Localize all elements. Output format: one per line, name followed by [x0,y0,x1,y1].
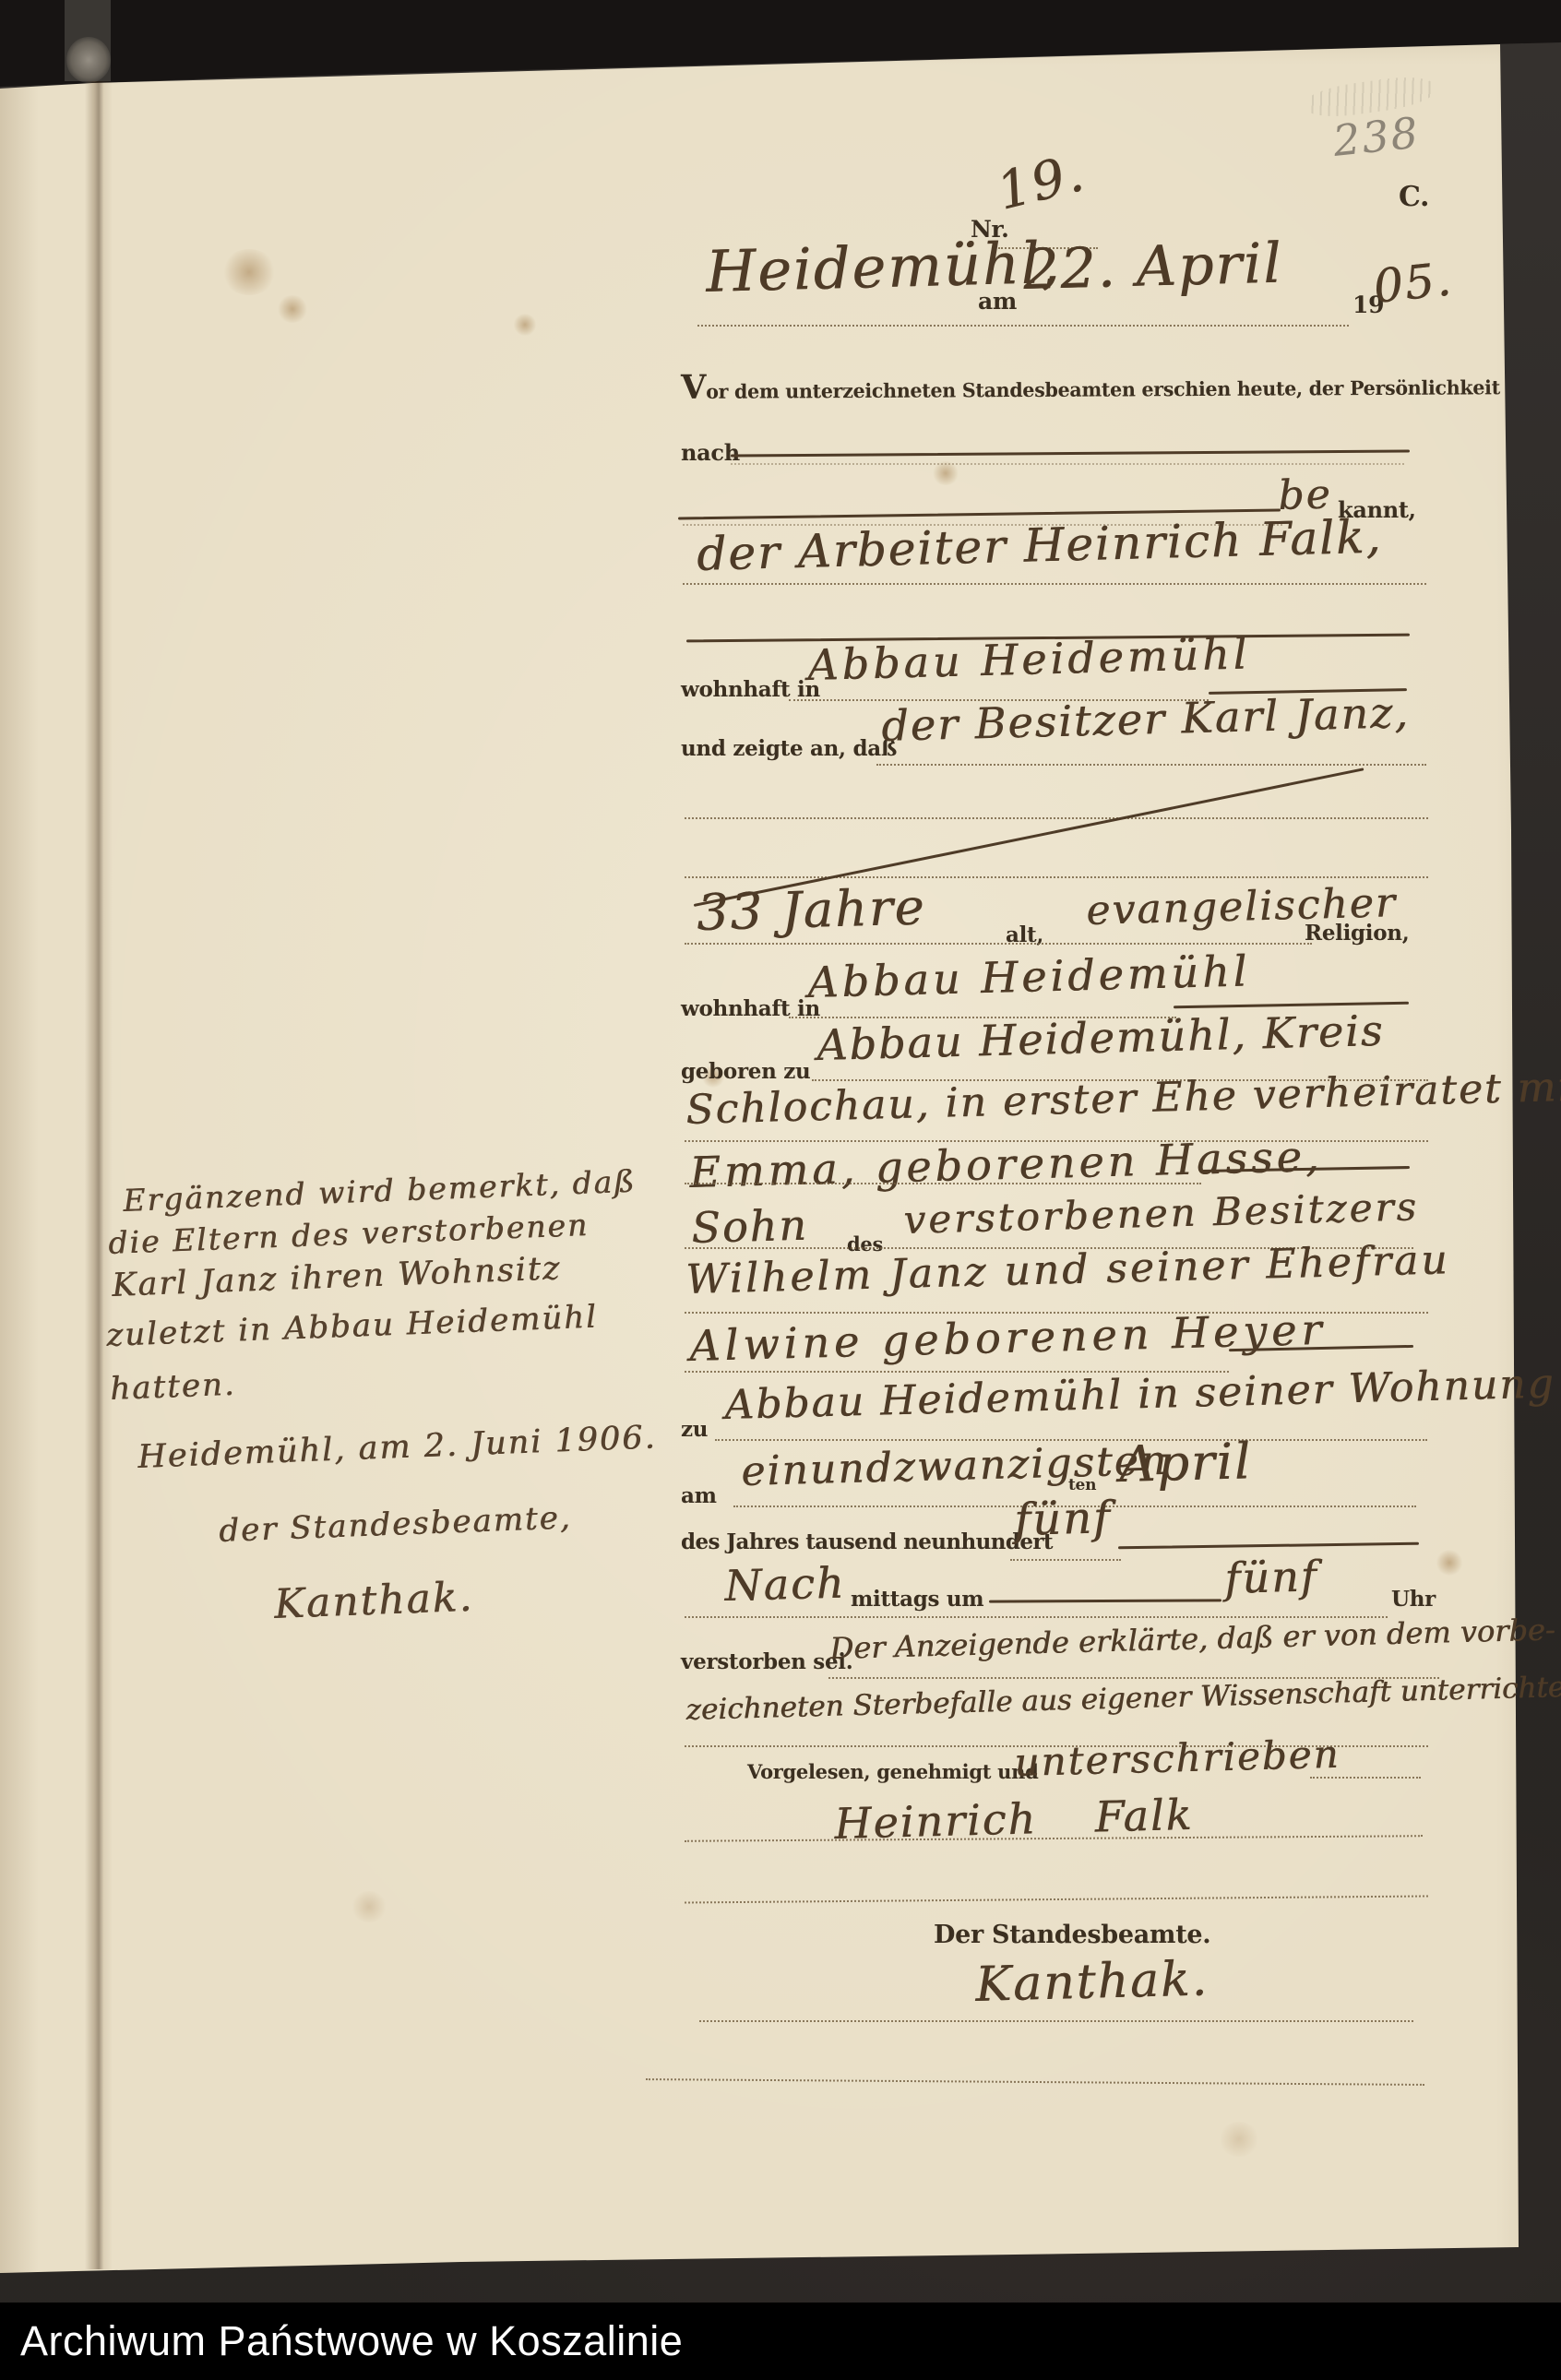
geboren-label: geboren zu [681,1059,810,1084]
rule [685,1183,1201,1184]
religion-label: Religion, [1305,921,1409,946]
margin-note-signature: Kanthak. [273,1574,474,1628]
stain [1218,2122,1260,2157]
vorgelesen-label: Vorgelesen, genehmigt und [747,1760,1038,1783]
zeigte-label: und zeigte an, daß [681,736,897,761]
stain [513,314,537,336]
binding-clasp [66,37,111,83]
uhr-label: Uhr [1391,1587,1436,1612]
section-letter: C. [1399,181,1429,213]
rule [697,325,1349,327]
jahres-label: des Jahres tausend neunhundert [681,1529,1053,1554]
archive-caption: Archiwum Państwowe w Koszalinie [20,2317,683,2365]
rule [685,876,1428,878]
stain [277,295,308,323]
rule [683,583,1426,585]
nach-mittags-value: Nach [724,1558,846,1611]
hour-value: fünf [1224,1551,1319,1603]
rule [876,764,1426,766]
rule [731,463,1404,465]
intro-line: Vor dem unterzeichneten Standesbeamten e… [681,374,1500,403]
sohn-value: Sohn [691,1200,809,1253]
rule [1310,1777,1421,1779]
page-number-pencil: 238 [1330,107,1422,166]
mittags-label: mittags um [851,1587,983,1612]
stain [1436,1550,1463,1576]
rule [1010,1559,1121,1561]
scanned-register-page: 238 C. Nr. 19. Heidemühl, am 22. April 1… [0,0,1561,2380]
rule [685,817,1428,819]
date-value: 22. April [1022,232,1283,303]
year-suffix: 05. [1371,252,1455,314]
rule [699,2020,1413,2022]
unterschrieben-value: unterschrieben [1014,1731,1341,1785]
zu-label: zu [681,1417,708,1442]
page-fold-crease [85,81,113,2269]
verstorben-label: verstorben sei. [681,1649,852,1674]
stain [221,249,277,295]
rule [685,1616,1388,1618]
margin-note-line5: hatten. [109,1366,236,1408]
nach-label: nach [681,439,740,466]
am-label: am [978,288,1017,315]
death-month-value: April [1118,1432,1253,1493]
stain [351,1891,387,1922]
registrar-signature: Kanthak. [974,1951,1209,2013]
death-year-value: fünf [1014,1492,1113,1546]
am-death-label: am [681,1483,717,1508]
age-value: 33 Jahre [696,878,926,942]
archive-caption-bar: Archiwum Państwowe w Koszalinie [0,2303,1561,2380]
registrar-title: Der Standesbeamte. [934,1921,1210,1949]
wohnhaft-label: wohnhaft in [681,677,820,702]
rule [685,943,1312,945]
